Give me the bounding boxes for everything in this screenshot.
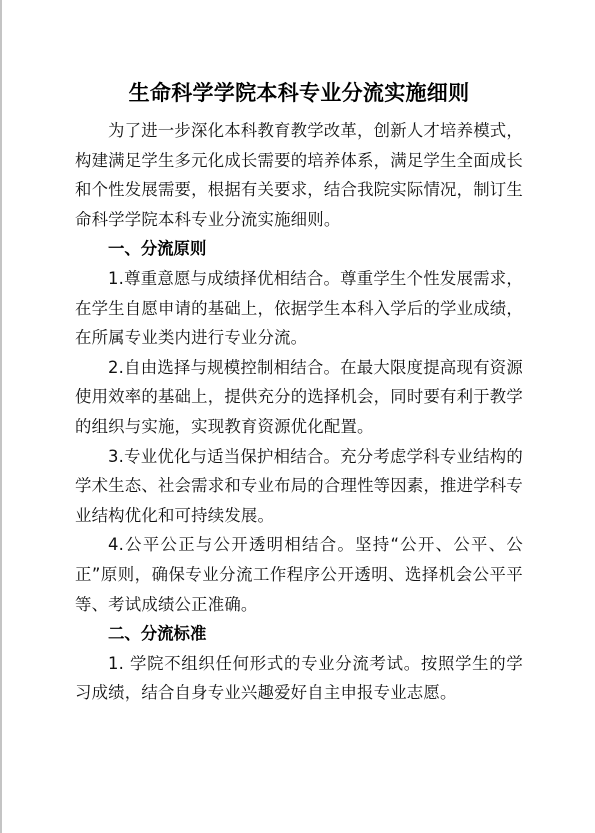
document-page: 生命科学学院本科专业分流实施细则 为了进一步深化本科教育教学改革，创新人才培养模… [75,76,523,708]
section-heading: 二、分流标准 [75,619,523,649]
section-standards: 二、分流标准 1. 学院不组织任何形式的专业分流考试。按照学生的学习成绩，结合自… [75,619,523,708]
section-principles: 一、分流原则 1.尊重意愿与成绩择优相结合。尊重学生个性发展需求，在学生自愿申请… [75,234,523,619]
principle-paragraph: 3.专业优化与适当保护相结合。充分考虑学科专业结构的学术生态、社会需求和专业布局… [75,442,523,531]
page-left-border [0,0,2,833]
document-title: 生命科学学院本科专业分流实施细则 [75,76,523,110]
principle-paragraph: 4.公平公正与公开透明相结合。坚持“公开、公平、公正”原则，确保专业分流工作程序… [75,530,523,619]
section-heading: 一、分流原则 [75,234,523,264]
intro-paragraph: 为了进一步深化本科教育教学改革，创新人才培养模式，构建满足学生多元化成长需要的培… [75,116,523,234]
principle-paragraph: 1.尊重意愿与成绩择优相结合。尊重学生个性发展需求，在学生自愿申请的基础上，依据… [75,264,523,353]
standard-paragraph: 1. 学院不组织任何形式的专业分流考试。按照学生的学习成绩，结合自身专业兴趣爱好… [75,649,523,708]
principle-paragraph: 2.自由选择与规模控制相结合。在最大限度提高现有资源使用效率的基础上，提供充分的… [75,353,523,442]
